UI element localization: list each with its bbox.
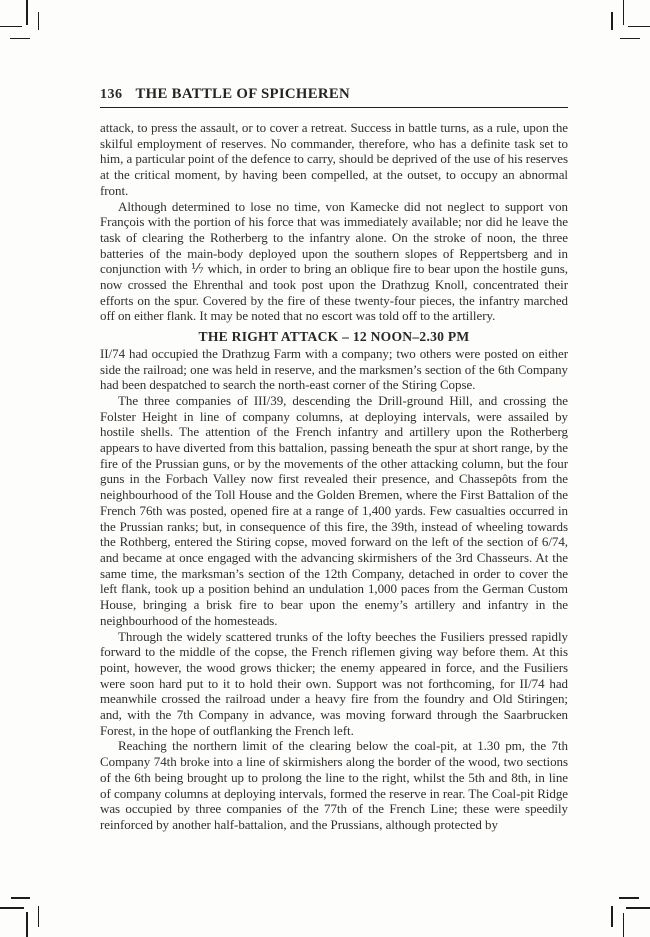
body-paragraph: Although determined to lose no time, von… [100, 199, 568, 325]
crop-mark-top-left-vertical-inner [38, 12, 40, 30]
crop-mark-top-left-horizontal-inner [10, 38, 30, 40]
body-paragraph: Through the widely scattered trunks of t… [100, 629, 568, 739]
page-number: 136 [100, 87, 123, 103]
body-text: attack, to press the assault, or to cove… [100, 120, 568, 833]
running-header-title: THE BATTLE OF SPICHEREN [136, 86, 351, 103]
crop-mark-top-right-horizontal-inner [620, 38, 640, 40]
crop-mark-top-right-vertical-outer [623, 0, 625, 25]
body-paragraph: Reaching the northern limit of the clear… [100, 738, 568, 832]
crop-mark-top-right-vertical-inner [611, 12, 613, 30]
body-paragraph: The three companies of III/39, descendin… [100, 393, 568, 629]
crop-mark-top-left-horizontal-outer [0, 26, 22, 28]
section-heading: THE RIGHT ATTACK – 12 NOON–2.30 PM [100, 329, 568, 345]
crop-mark-bottom-right-vertical-inner [611, 906, 613, 927]
crop-mark-bottom-right-horizontal-inner [619, 897, 639, 899]
crop-mark-bottom-left-vertical-inner [38, 906, 40, 927]
running-header: 136 THE BATTLE OF SPICHEREN [100, 86, 568, 108]
crop-mark-bottom-right-horizontal-outer [626, 907, 650, 909]
body-paragraph: attack, to press the assault, or to cove… [100, 120, 568, 199]
page-content: 136 THE BATTLE OF SPICHEREN attack, to p… [100, 86, 568, 833]
crop-mark-bottom-right-vertical-outer [623, 913, 625, 937]
crop-mark-top-right-horizontal-outer [628, 26, 650, 28]
crop-mark-top-left-vertical-outer [26, 0, 28, 25]
body-paragraph: II/74 had occupied the Drathzug Farm wit… [100, 346, 568, 393]
book-page: 136 THE BATTLE OF SPICHEREN attack, to p… [0, 0, 650, 937]
crop-mark-bottom-left-vertical-outer [26, 912, 28, 937]
crop-mark-bottom-left-horizontal-inner [11, 897, 30, 899]
crop-mark-bottom-left-horizontal-outer [0, 907, 24, 909]
